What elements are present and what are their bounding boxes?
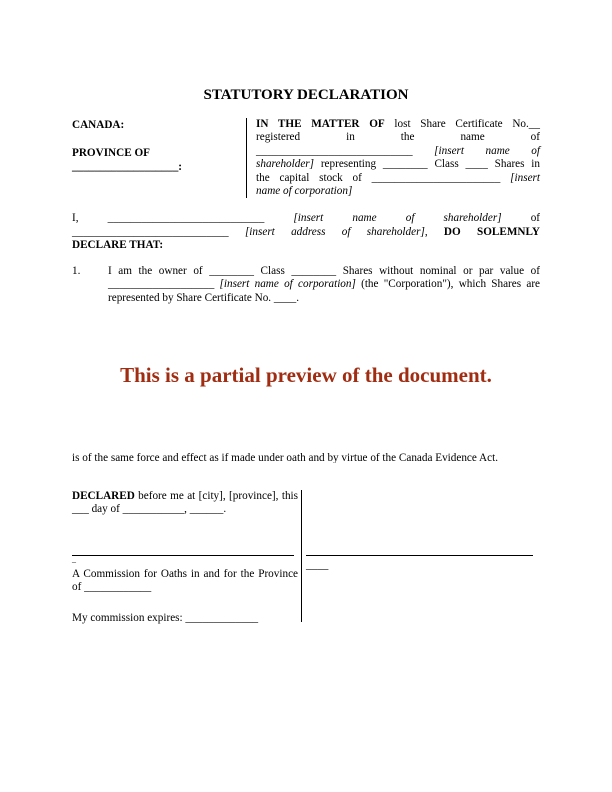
matter-divider bbox=[246, 118, 247, 198]
clause-text: I am the owner of ________ Class _______… bbox=[108, 265, 540, 305]
commission-expires: My commission expires: _____________ bbox=[72, 612, 258, 625]
signature-divider bbox=[301, 490, 302, 622]
commissioner-text: A Commission for Oaths in and for the Pr… bbox=[72, 568, 298, 595]
declarant-name-blank: ____________________________ bbox=[108, 212, 265, 224]
declarant-address-blank: ____________________________ bbox=[72, 226, 229, 238]
declarant-solemnly: DO SOLEMNLY bbox=[444, 226, 540, 238]
commissioner-signature-line bbox=[72, 555, 294, 556]
declarant-i: I, bbox=[72, 212, 79, 224]
declared-paragraph: DECLARED before me at [city], [province]… bbox=[72, 490, 298, 517]
commissioner-line-tail: _ bbox=[72, 556, 76, 564]
cut-off-line: is of the same force and effect as if ma… bbox=[72, 450, 540, 463]
clause-number: 1. bbox=[72, 265, 80, 278]
declarant-comma: , bbox=[425, 226, 428, 238]
matter-line4: representing ________ Class ____ Shares … bbox=[314, 158, 540, 170]
matter-shareholder-blank: ____________________________ bbox=[256, 145, 413, 157]
clause-corp-hint: [insert name of corporation] bbox=[220, 278, 356, 290]
matter-corp-hint-cont: name of corporation] bbox=[256, 185, 352, 197]
declarant-of: of bbox=[531, 212, 540, 224]
matter-line2: registered in the name of bbox=[256, 131, 540, 144]
partial-preview-notice: This is a partial preview of the documen… bbox=[0, 362, 612, 388]
matter-line5: the capital stock of ___________________… bbox=[256, 172, 510, 184]
declarant-line-tail: ____ bbox=[306, 559, 328, 572]
matter-shareholder-hint-cont: shareholder] bbox=[256, 158, 314, 170]
cut-off-text: is of the same force and effect as if ma… bbox=[72, 452, 540, 463]
declared-bold: DECLARED bbox=[72, 490, 135, 502]
declare-that: DECLARE THAT: bbox=[72, 239, 163, 251]
province-blank: ___________________: bbox=[72, 160, 222, 174]
province-label: PROVINCE OF bbox=[72, 146, 222, 160]
country-label: CANADA: bbox=[72, 118, 222, 132]
matter-corp-hint: [insert bbox=[510, 172, 540, 184]
matter-lead: IN THE MATTER OF bbox=[256, 118, 385, 130]
declarant-signature-line bbox=[306, 555, 533, 556]
declarant-address-hint: [insert address of shareholder] bbox=[245, 226, 425, 238]
matter-shareholder-hint: [insert name of bbox=[413, 145, 540, 157]
matter-block: IN THE MATTER OF lost Share Certificate … bbox=[256, 118, 540, 198]
declarant-name-hint: [insert name of shareholder] bbox=[293, 212, 501, 224]
document-title: STATUTORY DECLARATION bbox=[0, 86, 612, 104]
matter-line1: lost Share Certificate No.__ bbox=[385, 118, 540, 130]
declarant-paragraph: I, ____________________________ [insert … bbox=[72, 212, 540, 253]
jurisdiction-block: CANADA: PROVINCE OF ___________________: bbox=[72, 118, 222, 174]
